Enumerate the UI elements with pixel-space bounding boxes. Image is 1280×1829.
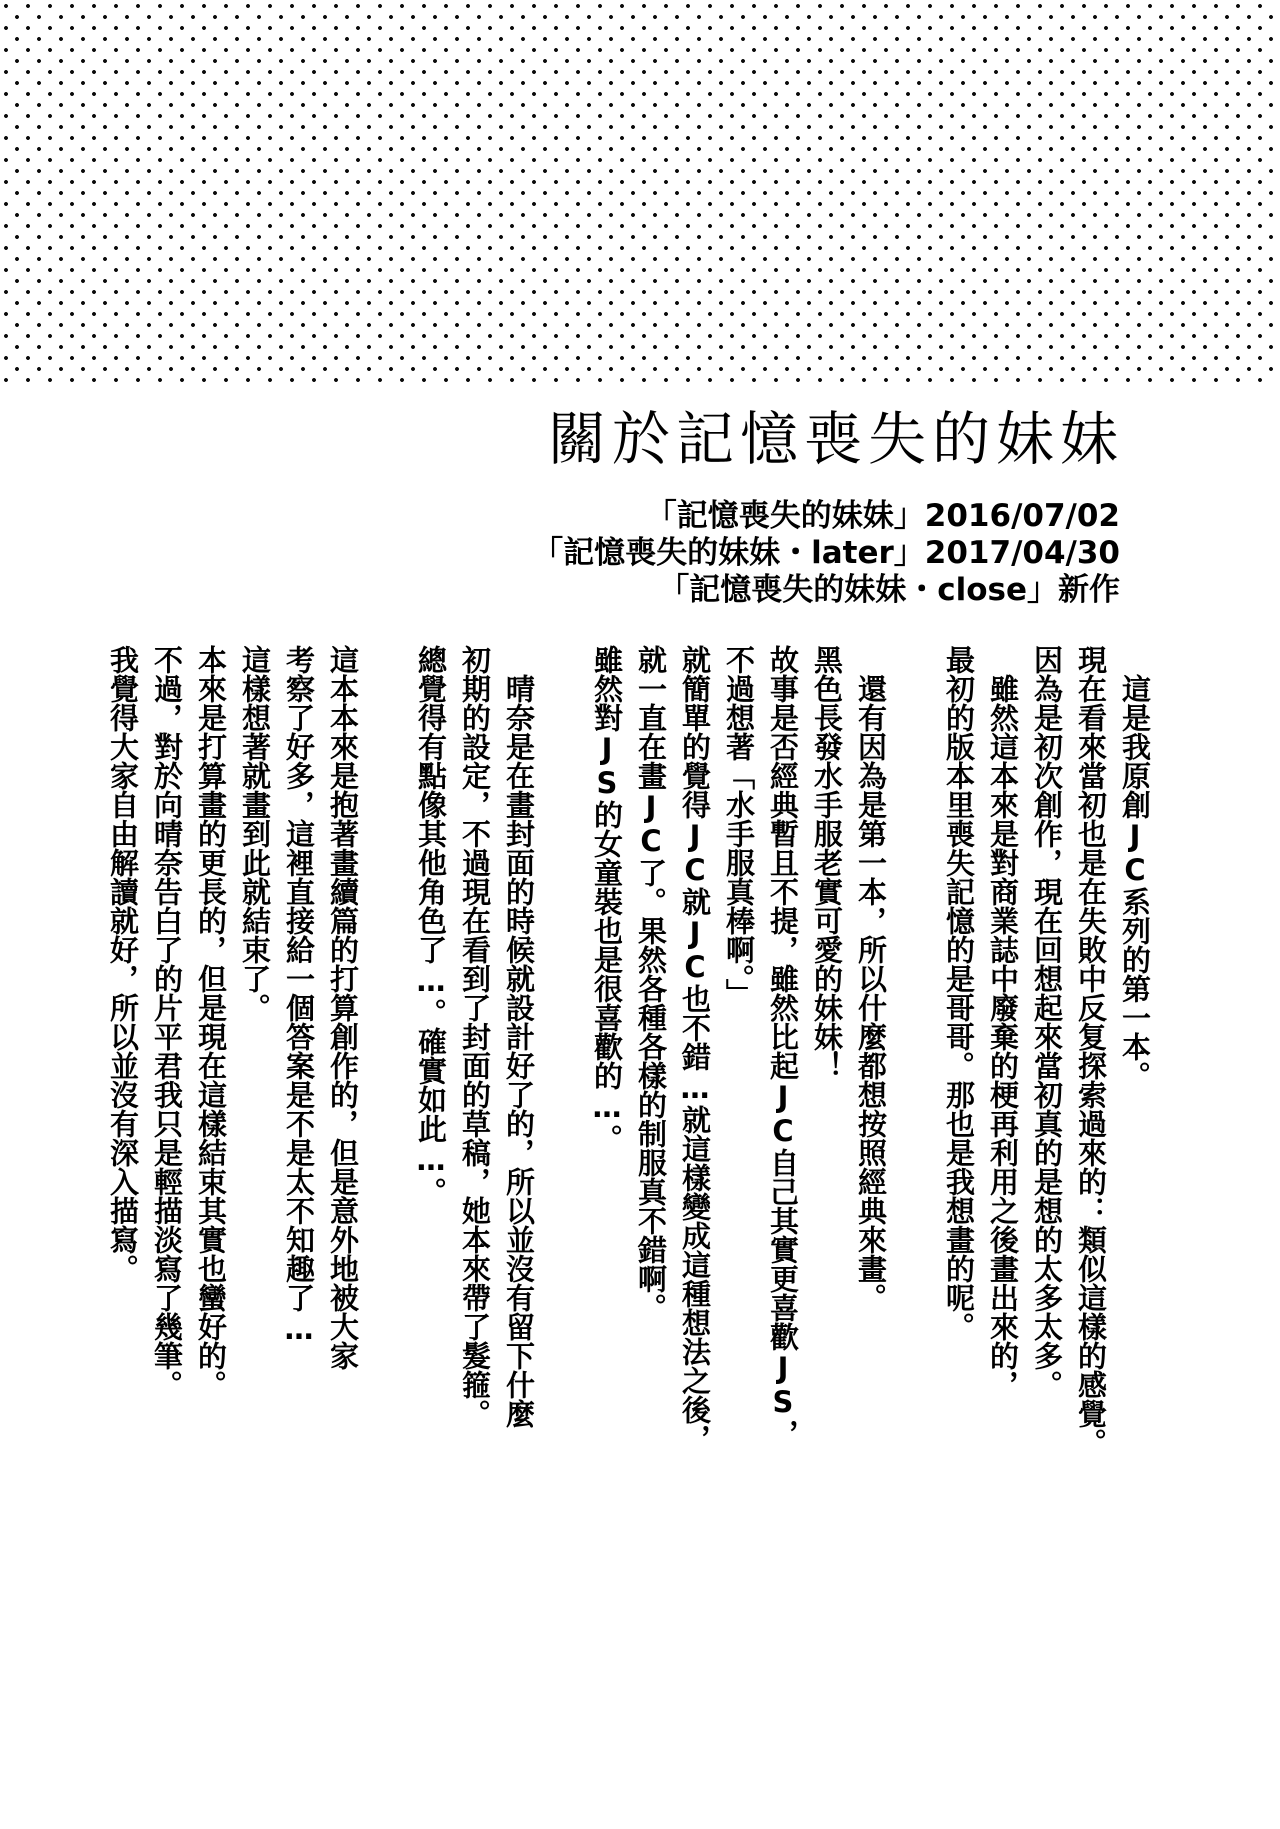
afterword-line: 我覺得大家自由解讀就好，所以並沒有深入描寫。 xyxy=(101,645,145,1510)
afterword-line xyxy=(365,645,409,1510)
afterword-line: 現在看來當初也是在失敗中反复探索過來的：類似這樣的感覺。 xyxy=(1069,645,1113,1510)
afterword-line: 雖然對JS的女童裝也是很喜歡的…。 xyxy=(585,645,629,1510)
release-list: 「記憶喪失的妹妹」2016/07/02 「記憶喪失的妹妹・later」2017/… xyxy=(0,498,1120,609)
afterword-line: 就一直在畫JC了。果然各種各樣的制服真不錯啊。 xyxy=(629,645,673,1510)
afterword-line: 最初的版本里喪失記憶的是哥哥。那也是我想畫的呢。 xyxy=(937,645,981,1510)
afterword-text: 這是我原創JC系列的第一本。現在看來當初也是在失敗中反复探索過來的：類似這樣的感… xyxy=(101,645,1157,1510)
afterword-line: 本來是打算畫的更長的，但是現在這樣結束其實也蠻好的。 xyxy=(189,645,233,1510)
afterword-line: 不過想著「水手服真棒啊。」 xyxy=(717,645,761,1510)
afterword-line: 考察了好多，這裡直接給一個答案是不是太不知趣了… xyxy=(277,645,321,1510)
afterword-line: 晴奈是在畫封面的時候就設計好了的，所以並沒有留下什麼 xyxy=(497,645,541,1510)
release-line: 「記憶喪失的妹妹・close」新作 xyxy=(0,572,1120,609)
afterword-line: 黑色長發水手服老實可愛的妹妹！ xyxy=(805,645,849,1510)
release-line: 「記憶喪失的妹妹・later」2017/04/30 xyxy=(0,535,1120,572)
afterword-line: 就簡單的覺得JC就JC也不錯…就這樣變成這種想法之後， xyxy=(673,645,717,1510)
afterword-line: 不過，對於向晴奈告白了的片平君我只是輕描淡寫了幾筆。 xyxy=(145,645,189,1510)
page-title: 關於記憶喪失的妹妹 xyxy=(0,402,1124,477)
afterword-line: 這樣想著就畫到此就結束了。 xyxy=(233,645,277,1510)
afterword-line: 因為是初次創作，現在回想起來當初真的是想的太多太多。 xyxy=(1025,645,1069,1510)
afterword-line: 雖然這本來是對商業誌中廢棄的梗再利用之後畫出來的， xyxy=(981,645,1025,1510)
afterword-line: 這本本來是抱著畫續篇的打算創作的，但是意外地被大家 xyxy=(321,645,365,1510)
afterword-line: 這是我原創JC系列的第一本。 xyxy=(1113,645,1157,1510)
afterword-line xyxy=(893,645,937,1510)
afterword-line: 初期的設定，不過現在看到了封面的草稿，她本來帶了髮箍。 xyxy=(453,645,497,1510)
afterword-line: 故事是否經典暫且不提，雖然比起JC自己其實更喜歡JS， xyxy=(761,645,805,1510)
afterword-line: 還有因為是第一本，所以什麼都想按照經典來畫。 xyxy=(849,645,893,1510)
halftone-dot-pattern xyxy=(0,0,1280,388)
afterword-line xyxy=(541,645,585,1510)
afterword-line: 總覺得有點像其他角色了…。確實如此…。 xyxy=(409,645,453,1510)
release-line: 「記憶喪失的妹妹」2016/07/02 xyxy=(0,498,1120,535)
